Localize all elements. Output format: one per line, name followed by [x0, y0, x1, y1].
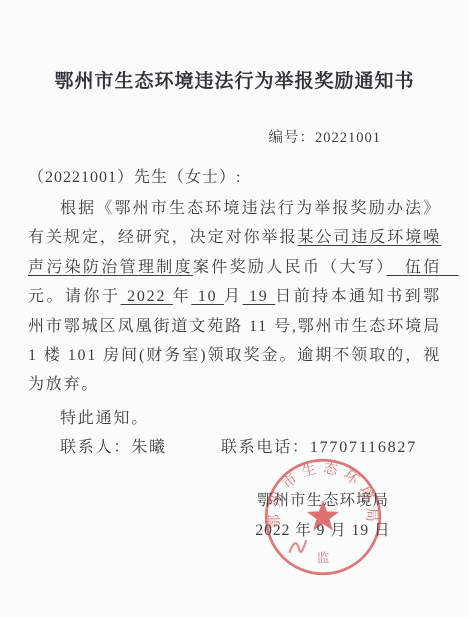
seal-bottom-character: 监 [317, 550, 330, 565]
notice-document: 鄂州市生态环境违法行为举报奖励通知书 编号：20221001 （20221001… [0, 0, 469, 617]
text-segment: 年 [173, 288, 192, 305]
document-number-line: 编号：20221001 [0, 128, 469, 148]
signature-org: 鄂州市生态环境局 [228, 486, 418, 516]
contact-line: 联系人：朱曦联系电话：17707116827 [28, 433, 441, 462]
text-segment: 19 [242, 288, 275, 305]
text-segment: 案件奖励人民币（大写） [193, 259, 387, 276]
text-segment: 月 [224, 288, 243, 305]
main-paragraph: 根据《鄂州市生态环境违法行为举报奖励办法》有关规定，经研究，决定对你举报某公司违… [28, 194, 441, 400]
document-number-value: 20221001 [315, 130, 381, 146]
text-segment: 10 [191, 288, 224, 305]
signature-block: 鄂州市生态环境局 2022 年 9 月 19 日 [228, 486, 418, 546]
text-segment: 元。请你于 [28, 288, 121, 305]
contact-phone-label: 联系电话： [221, 439, 310, 456]
salutation: （20221001）先生（女士）: [28, 166, 441, 190]
signature-date: 2022 年 9 月 19 日 [228, 516, 418, 546]
contact-phone-number: 17707116827 [310, 439, 417, 456]
document-number-label: 编号： [269, 130, 316, 146]
closing-line: 特此通知。 [28, 404, 441, 433]
document-body: （20221001）先生（女士）: 根据《鄂州市生态环境违法行为举报奖励办法》有… [0, 166, 469, 463]
text-segment: 伍佰 [387, 259, 459, 276]
contact-person-label: 联系人： [60, 439, 131, 456]
contact-person-name: 朱曦 [131, 439, 167, 456]
document-title: 鄂州市生态环境违法行为举报奖励通知书 [0, 0, 469, 94]
text-segment: 2022 [121, 288, 173, 305]
